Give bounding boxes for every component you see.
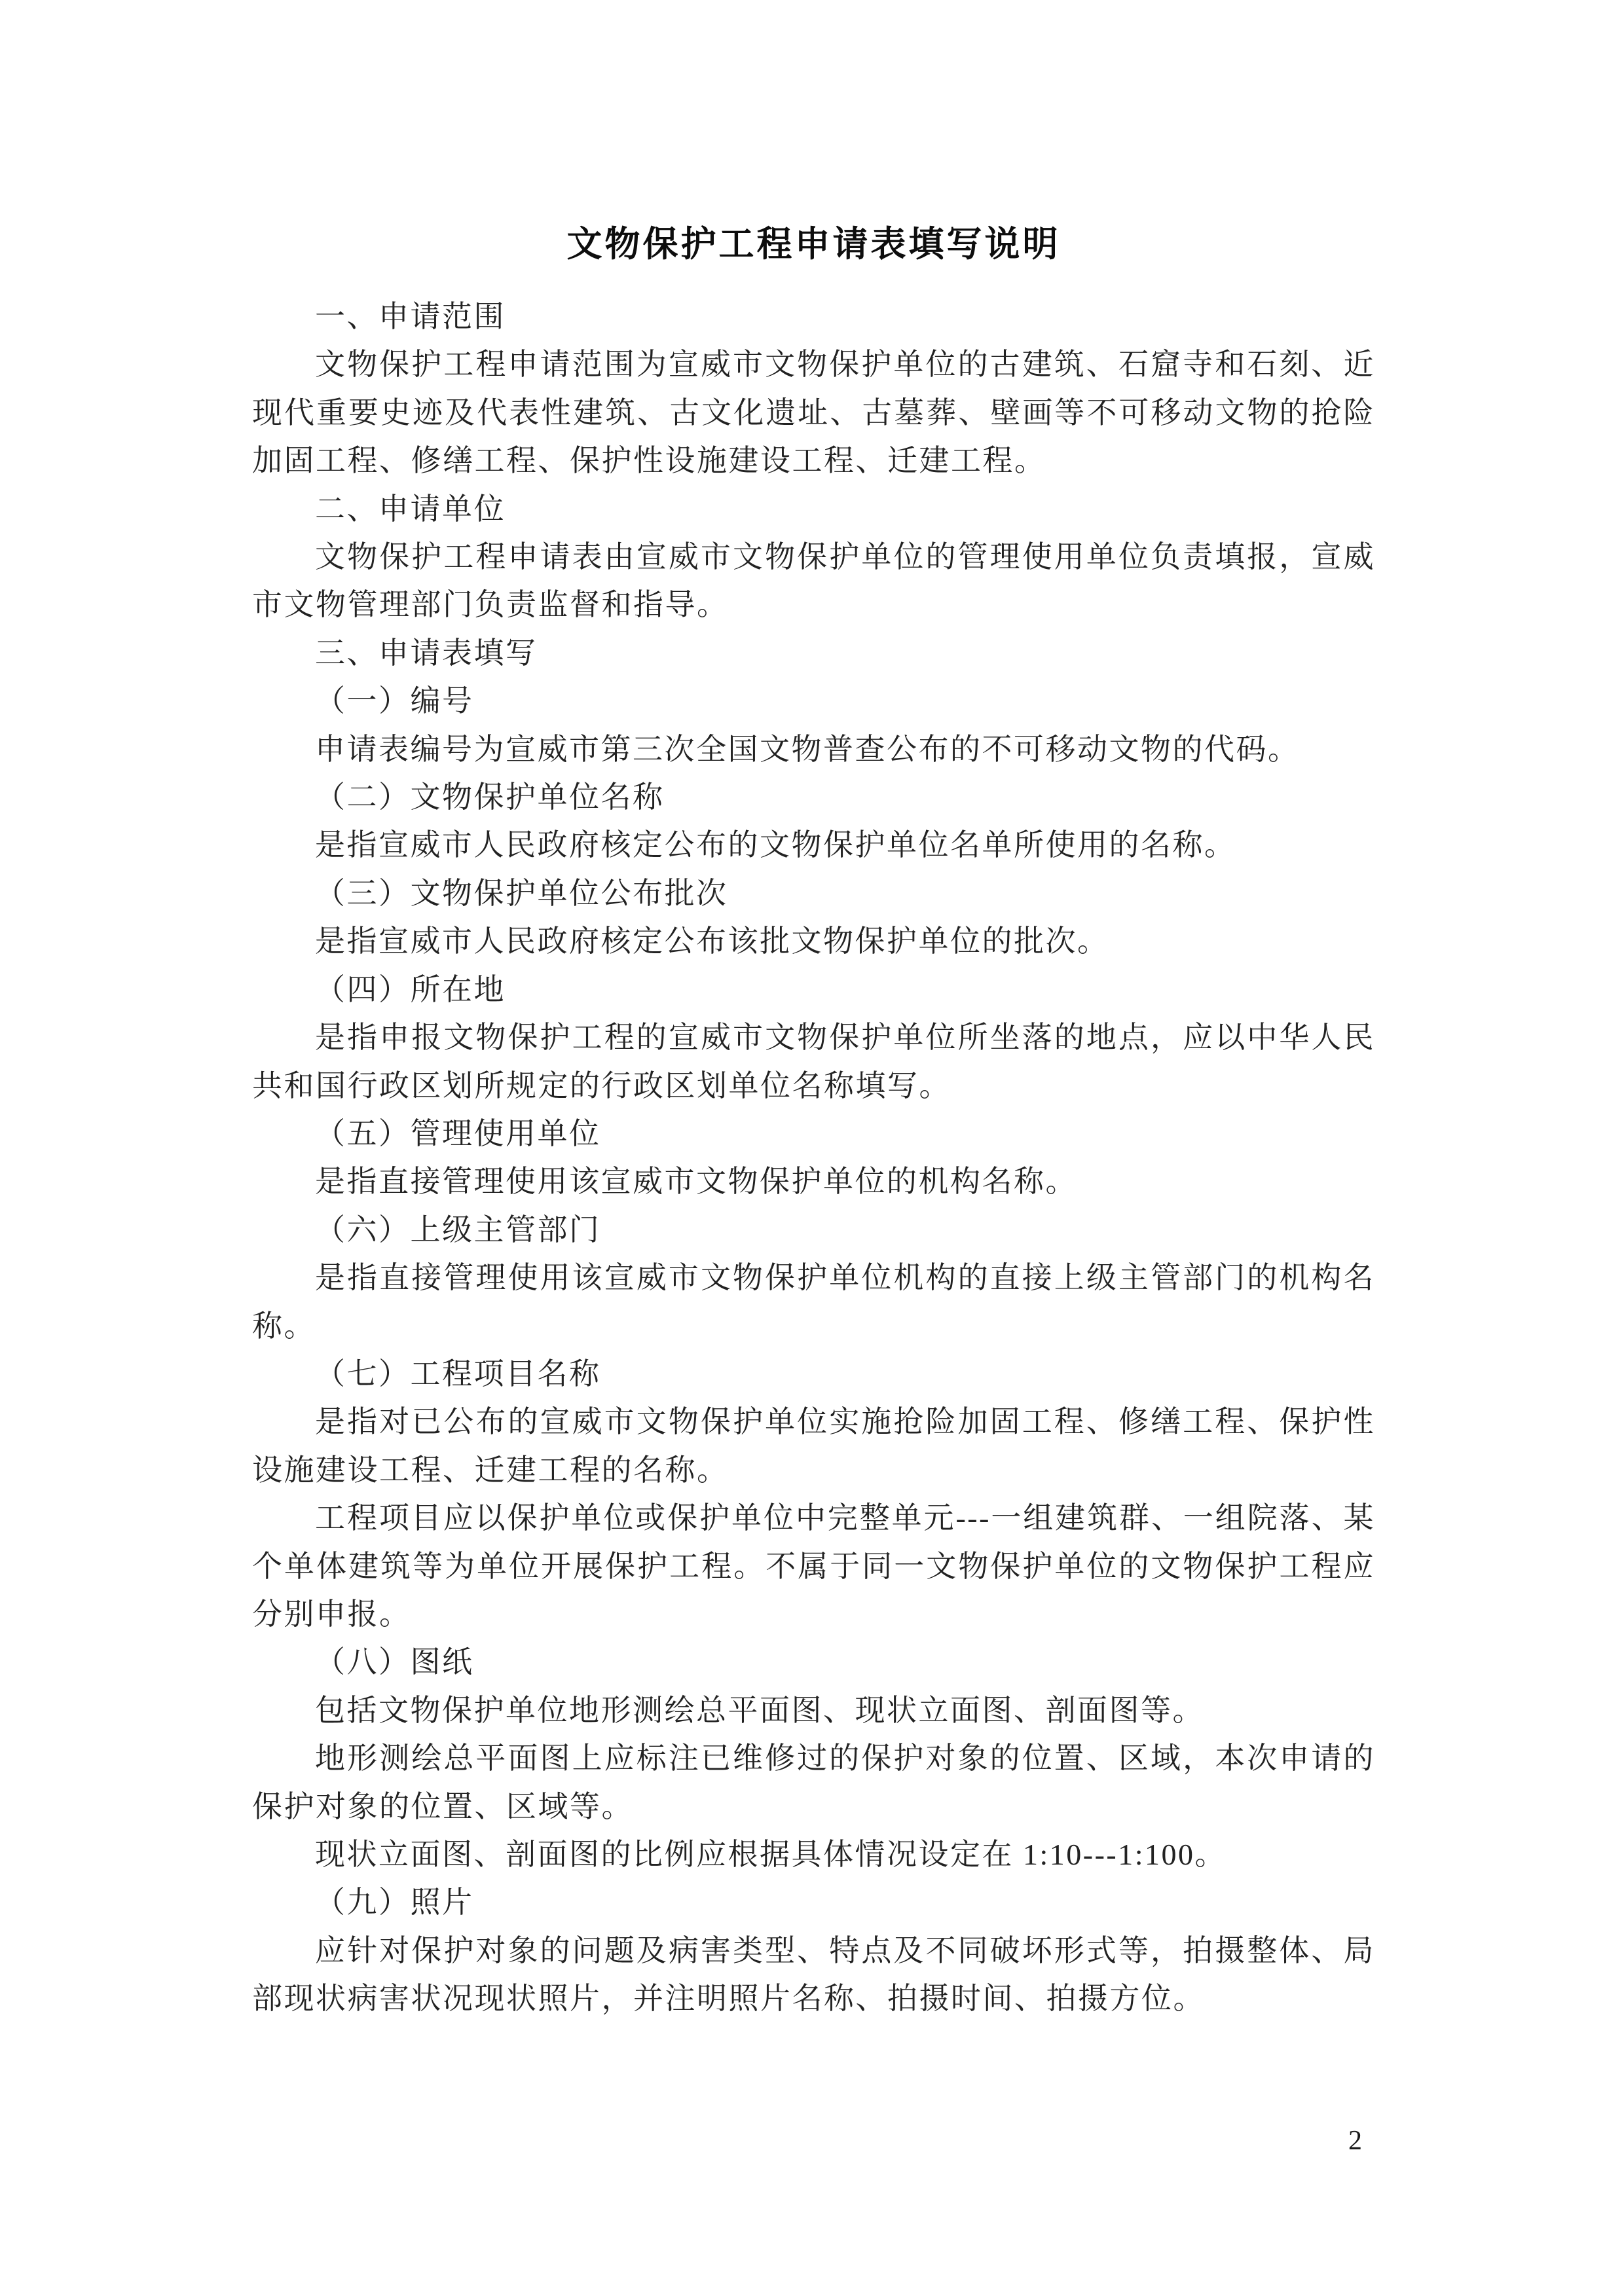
subsection-heading: （一）编号 bbox=[252, 677, 1375, 725]
body-paragraph: 是指宣威市人民政府核定公布的文物保护单位名单所使用的名称。 bbox=[252, 821, 1375, 869]
page-number: 2 bbox=[1348, 2124, 1362, 2157]
subsection-heading: （六）上级主管部门 bbox=[252, 1206, 1375, 1254]
subsection-heading: （五）管理使用单位 bbox=[252, 1110, 1375, 1157]
subsection-heading: （三）文物保护单位公布批次 bbox=[252, 869, 1375, 917]
body-paragraph: 是指直接管理使用该宣威市文物保护单位机构的直接上级主管部门的机构名称。 bbox=[252, 1254, 1375, 1350]
subsection-heading: （四）所在地 bbox=[252, 966, 1375, 1013]
page-title: 文物保护工程申请表填写说明 bbox=[252, 221, 1375, 268]
document-page: 文物保护工程申请表填写说明 一、申请范围 文物保护工程申请范围为宣威市文物保护单… bbox=[0, 0, 1624, 2296]
section-heading: 一、申请范围 bbox=[252, 293, 1375, 340]
body-paragraph: 现状立面图、剖面图的比例应根据具体情况设定在 1:10---1:100。 bbox=[252, 1831, 1375, 1878]
body-paragraph: 地形测绘总平面图上应标注已维修过的保护对象的位置、区域，本次申请的保护对象的位置… bbox=[252, 1734, 1375, 1831]
body-paragraph: 是指宣威市人民政府核定公布该批文物保护单位的批次。 bbox=[252, 917, 1375, 965]
section-heading: 三、申请表填写 bbox=[252, 629, 1375, 677]
subsection-heading: （九）照片 bbox=[252, 1878, 1375, 1926]
subsection-heading: （八）图纸 bbox=[252, 1638, 1375, 1686]
body-paragraph: 是指直接管理使用该宣威市文物保护单位的机构名称。 bbox=[252, 1157, 1375, 1205]
document-content: 文物保护工程申请表填写说明 一、申请范围 文物保护工程申请范围为宣威市文物保护单… bbox=[0, 0, 1624, 2023]
body-paragraph: 文物保护工程申请表由宣威市文物保护单位的管理使用单位负责填报，宣威市文物管理部门… bbox=[252, 533, 1375, 629]
section-heading: 二、申请单位 bbox=[252, 485, 1375, 533]
subsection-heading: （七）工程项目名称 bbox=[252, 1350, 1375, 1398]
body-paragraph: 文物保护工程申请范围为宣威市文物保护单位的古建筑、石窟寺和石刻、近现代重要史迹及… bbox=[252, 340, 1375, 484]
body-paragraph: 是指对已公布的宣威市文物保护单位实施抢险加固工程、修缮工程、保护性设施建设工程、… bbox=[252, 1398, 1375, 1494]
subsection-heading: （二）文物保护单位名称 bbox=[252, 773, 1375, 821]
body-paragraph: 包括文物保护单位地形测绘总平面图、现状立面图、剖面图等。 bbox=[252, 1686, 1375, 1734]
body-paragraph: 申请表编号为宣威市第三次全国文物普查公布的不可移动文物的代码。 bbox=[252, 725, 1375, 773]
body-paragraph: 工程项目应以保护单位或保护单位中完整单元---一组建筑群、一组院落、某个单体建筑… bbox=[252, 1494, 1375, 1638]
body-paragraph: 是指申报文物保护工程的宣威市文物保护单位所坐落的地点，应以中华人民共和国行政区划… bbox=[252, 1013, 1375, 1110]
body-paragraph: 应针对保护对象的问题及病害类型、特点及不同破坏形式等，拍摄整体、局部现状病害状况… bbox=[252, 1927, 1375, 2023]
document-body: 一、申请范围 文物保护工程申请范围为宣威市文物保护单位的古建筑、石窟寺和石刻、近… bbox=[252, 293, 1375, 2023]
